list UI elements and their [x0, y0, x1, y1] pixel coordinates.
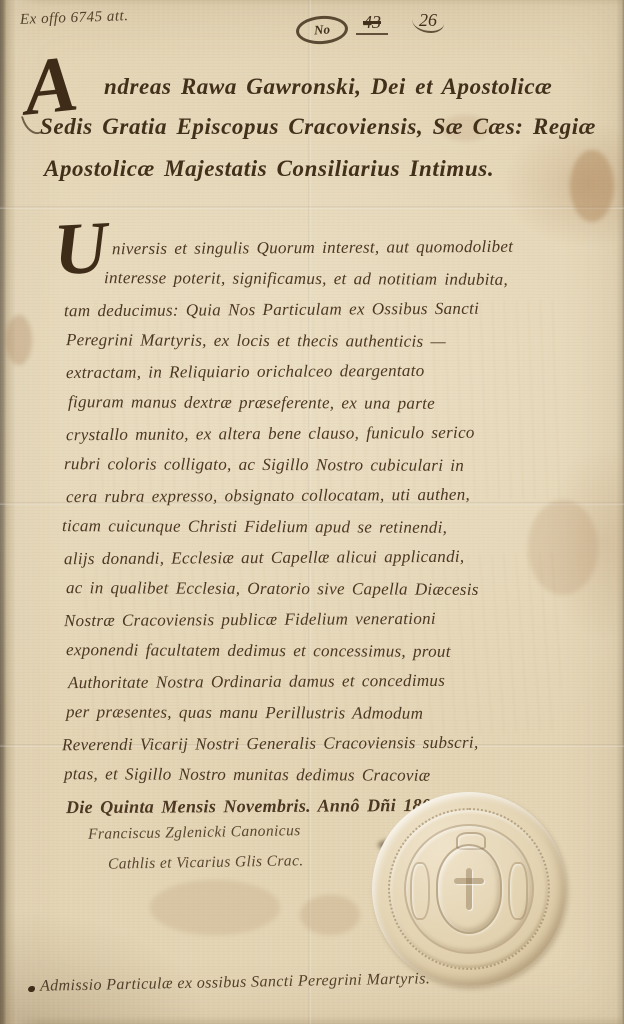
seal-ornament [508, 862, 528, 920]
stain [300, 895, 360, 935]
body-line: figuram manus dextræ præseferente, ex un… [68, 392, 435, 414]
fold-crease [308, 0, 311, 1024]
body-line: Reverendi Vicarij Nostri Generalis Craco… [62, 733, 479, 756]
stain [150, 880, 280, 935]
body-line: Authoritate Nostra Ordinaria damus et co… [68, 671, 445, 693]
body-line: exponendi facultatem dedimus et concessi… [66, 640, 451, 662]
body-line: crystallo munito, ex altera bene clauso,… [66, 423, 475, 445]
body-line: ptas, et Sigillo Nostro munitas dedimus … [64, 764, 431, 786]
body-line: niversis et singulis Quorum interest, au… [112, 237, 513, 259]
body-line: per præsentes, quas manu Perillustris Ad… [66, 702, 423, 724]
embossed-paper-seal [372, 792, 566, 986]
signature-line: Franciscus Zglenicki Canonicus [88, 822, 301, 844]
heading-line: Apostolicæ Majestatis Consiliarius Intim… [44, 156, 494, 182]
registry-number: 26 [412, 10, 444, 33]
stain [570, 150, 614, 222]
body-line: interesse poterit, significamus, et ad n… [104, 268, 508, 290]
body-line: tam deducimus: Quia Nos Particulam ex Os… [64, 299, 479, 322]
body-line: rubri coloris colligato, ac Sigillo Nost… [64, 454, 464, 476]
seal-ornament [410, 862, 430, 920]
body-line: Peregrini Martyris, ex locis et thecis a… [66, 330, 446, 352]
archival-note: Ex offo 6745 att. [20, 8, 129, 29]
body-line: cera rubra expresso, obsignato collocata… [66, 485, 470, 507]
date-line: Die Quinta Mensis Novembris. Annô Dñi 18… [66, 795, 445, 818]
body-line: alijs donandi, Ecclesiæ aut Capellæ alic… [64, 547, 465, 569]
seal-outer-ring [388, 808, 550, 970]
cross-icon [454, 868, 484, 910]
heading-line: ndreas Rawa Gawronski, Dei et Apostolicæ [104, 74, 552, 100]
body-line: ac in qualibet Ecclesia, Oratorio sive C… [66, 578, 479, 600]
manuscript-page: Ex offo 6745 att. No 43 26 A ndreas Rawa… [0, 0, 624, 1024]
stain [6, 315, 32, 365]
stain [528, 500, 598, 595]
struck-registry-number: 43 [356, 12, 388, 35]
body-line: Nostræ Cracoviensis publicæ Fidelium ven… [64, 609, 436, 631]
docket-line: Admissio Particulæ ex ossibus Sancti Per… [40, 970, 431, 995]
heading-line: Sedis Gratia Episcopus Cracoviensis, Sæ … [40, 114, 596, 140]
body-line: ticam cuicunque Christi Fidelium apud se… [62, 516, 447, 538]
ink-mark [28, 986, 35, 992]
numero-oval: No [295, 14, 349, 46]
body-drop-cap: U [52, 211, 109, 288]
body-line: extractam, in Reliquiario orichalceo dea… [66, 361, 425, 383]
seal-shield [436, 844, 502, 934]
signature-line: Cathlis et Vicarius Glis Crac. [108, 852, 304, 873]
seal-inner-ring [404, 824, 534, 954]
